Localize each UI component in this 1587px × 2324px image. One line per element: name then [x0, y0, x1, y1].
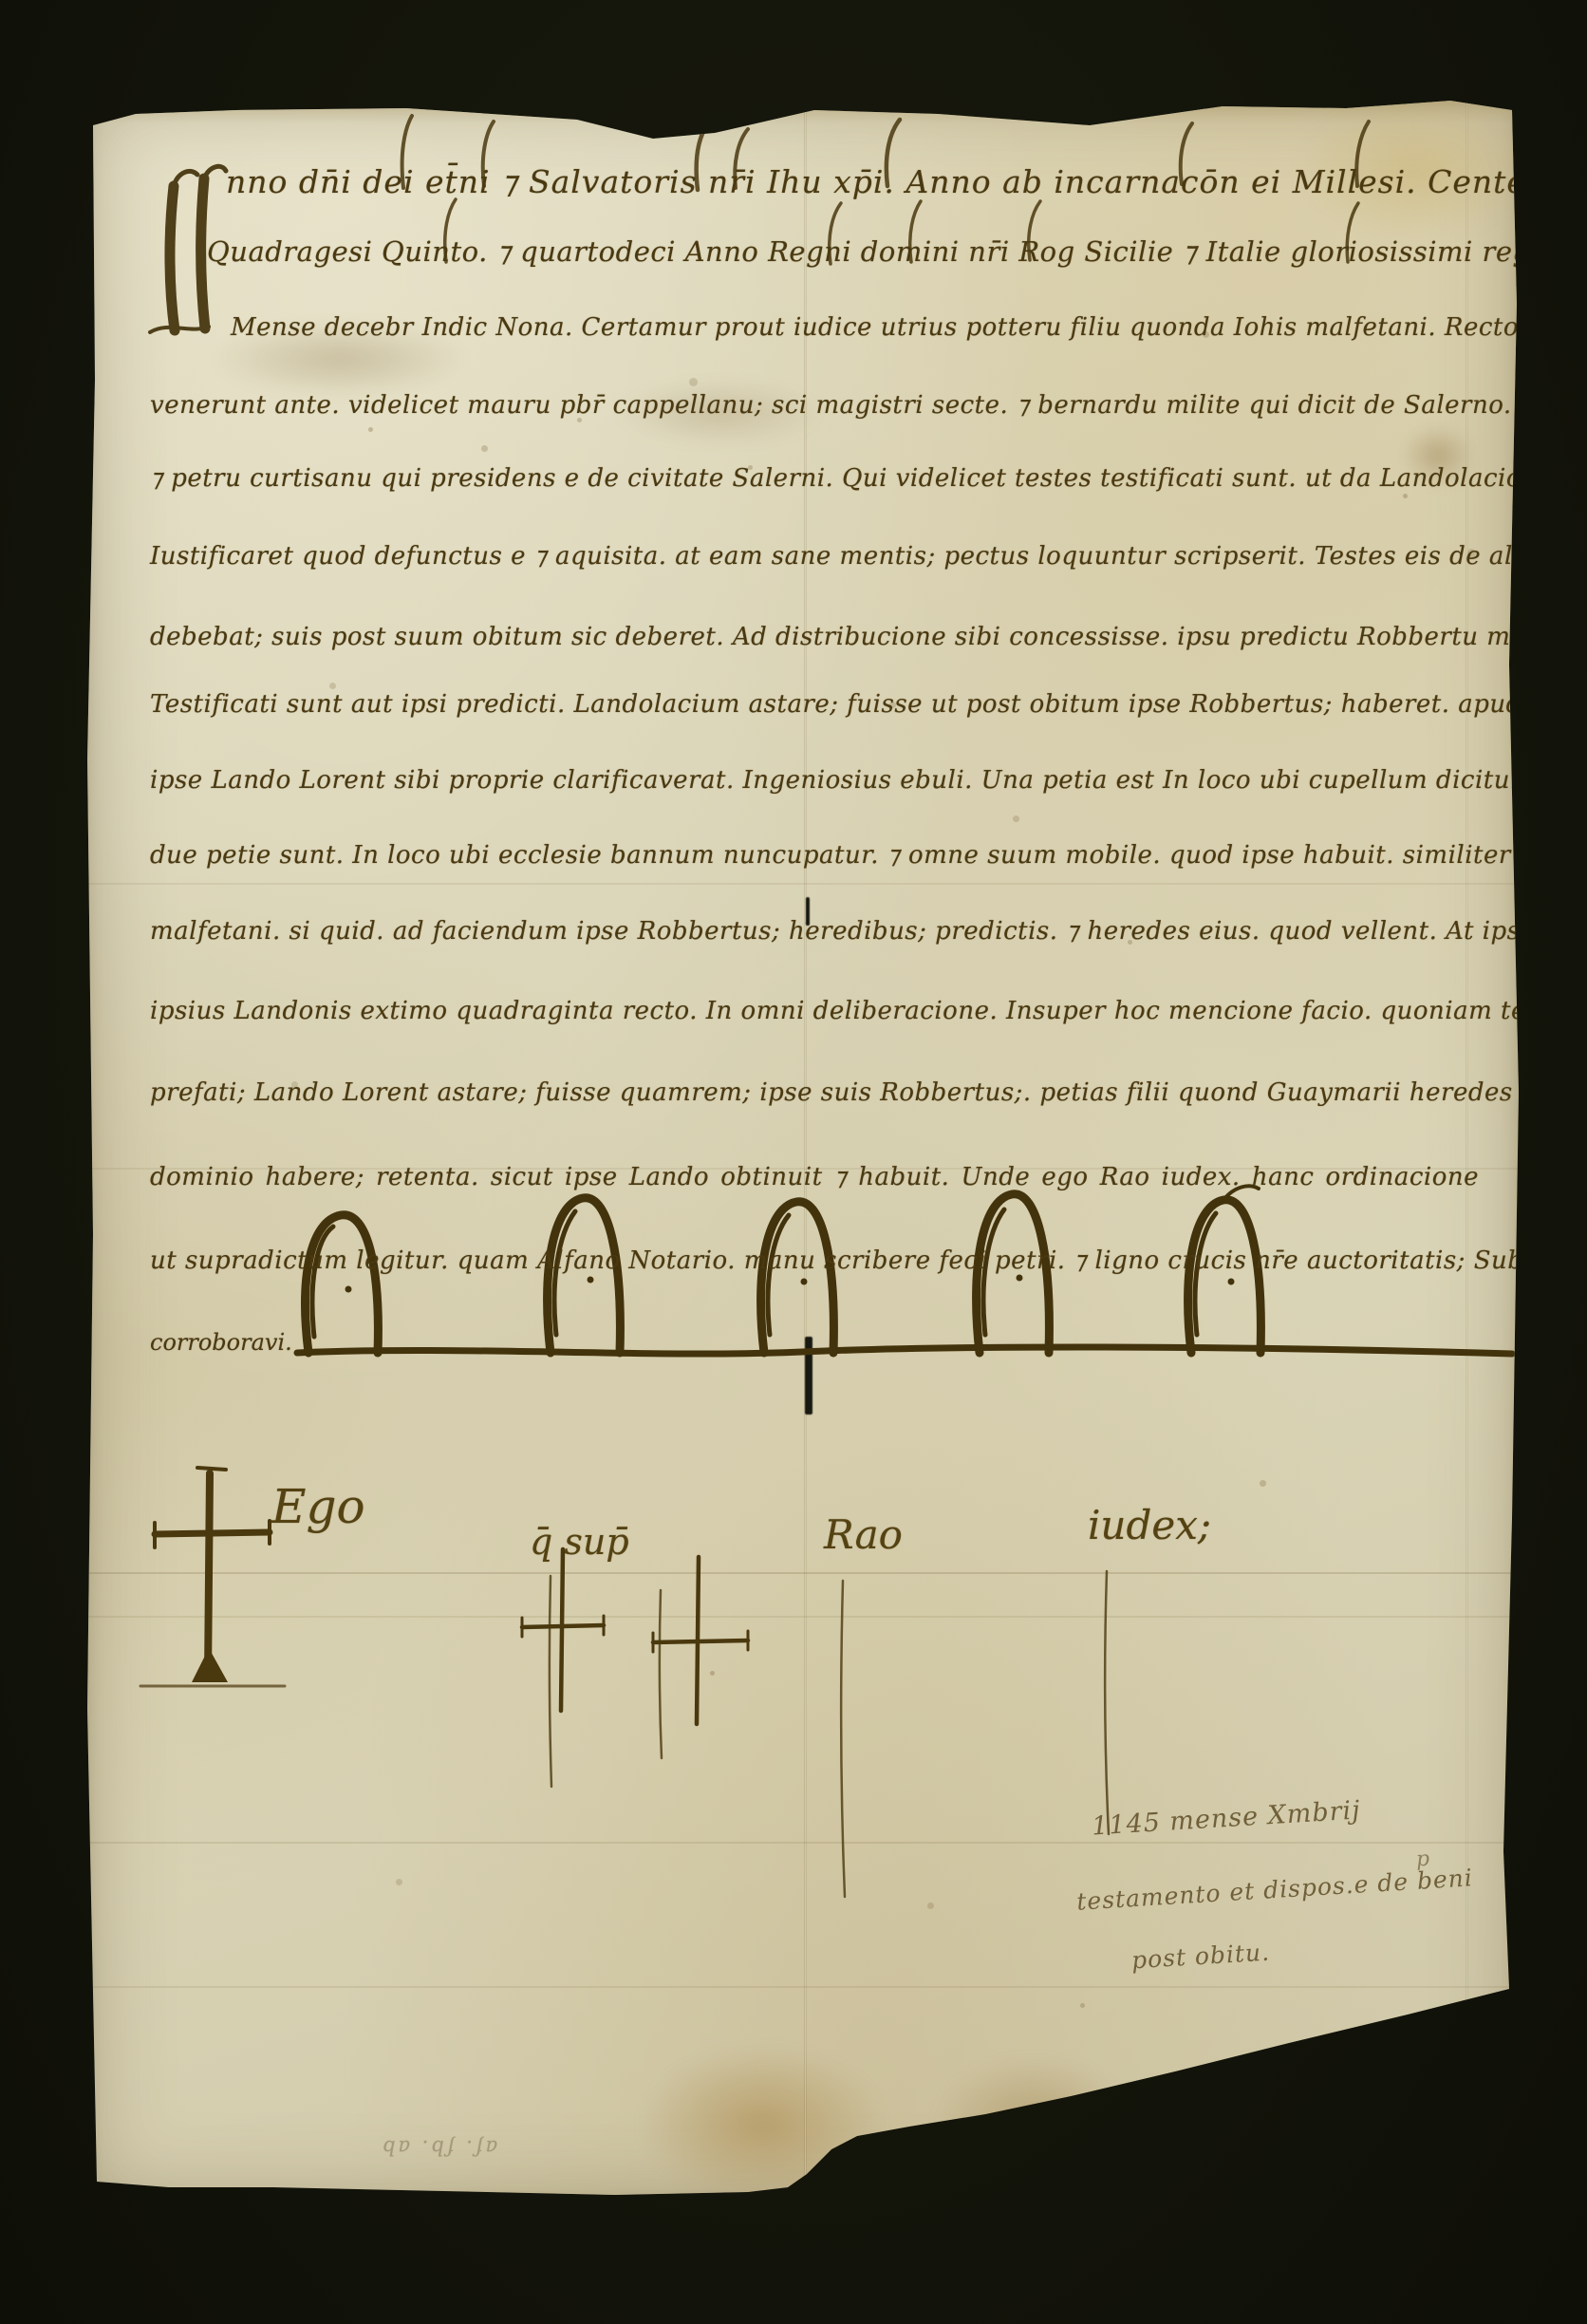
charter-line: ipse Lando Lorent sibi proprie clarifica…: [150, 766, 1479, 795]
charter-line: prefati; Lando Lorent astare; fuisse qua…: [150, 1078, 1479, 1107]
charter-line: Quadragesi Quinto. ⁊ quartodeci Anno Reg…: [207, 235, 1469, 268]
signature-word-iudex: iudex;: [1088, 1502, 1211, 1548]
charter-line: ut supradictum legitur. quam Alfano Nota…: [150, 1246, 1455, 1275]
charter-line: dominio habere; retenta. sicut ipse Land…: [150, 1163, 1479, 1191]
signa-baseline-stroke: [297, 1347, 1512, 1354]
charter-line: ⁊ petru curtisanu qui presidens e de civ…: [150, 464, 1479, 493]
charter-line: due petie sunt. In loco ubi ecclesie ban…: [150, 841, 1479, 870]
charter-line: ipsius Landonis extimo quadraginta recto…: [150, 997, 1479, 1025]
charter-line: Testificati sunt aut ipsi predicti. Land…: [150, 690, 1479, 719]
notarial-cross-icon: [140, 1468, 285, 1686]
annotation-side-mark: p: [1415, 1847, 1431, 1872]
witness-signum-icon: [548, 1198, 621, 1353]
signature-word-ego: Ego: [271, 1479, 365, 1534]
small-cross-icon: [653, 1557, 748, 1724]
charter-line: Mense decebr Indic Nona. Certamur prout …: [231, 313, 1479, 342]
witness-signum-icon: [306, 1215, 379, 1353]
charter-line: Iustificaret quod defunctus e ⁊ aquisita…: [150, 542, 1479, 571]
small-cross-icon: [522, 1549, 604, 1711]
corroboration-word: corroboravi.: [150, 1329, 292, 1356]
charter-line: debebat; suis post suum obitum sic deber…: [150, 623, 1479, 651]
charter-line: malfetani. si quid. ad faciendum ipse Ro…: [150, 917, 1479, 946]
charter-line: nno dn̄i dei et̄ni ⁊ Salvatoris nr̄i Ihu…: [226, 163, 1446, 200]
parchment-sheet: nno dn̄i dei et̄ni ⁊ Salvatoris nr̄i Ihu…: [84, 95, 1522, 2207]
charter-line: venerunt ante. videlicet mauru pbr̄ capp…: [150, 391, 1479, 420]
photograph-of-charter: nno dn̄i dei et̄ni ⁊ Salvatoris nr̄i Ihu…: [0, 0, 1587, 2324]
witness-signum-icon: [761, 1202, 834, 1353]
signature-descender-strokes: [550, 1571, 1109, 1897]
faint-bottom-marks: aſ. ſb. ab: [380, 2136, 497, 2159]
signature-word-qsup: q̄ sup̄: [530, 1521, 629, 1563]
signature-word-rao: Rao: [824, 1511, 903, 1558]
